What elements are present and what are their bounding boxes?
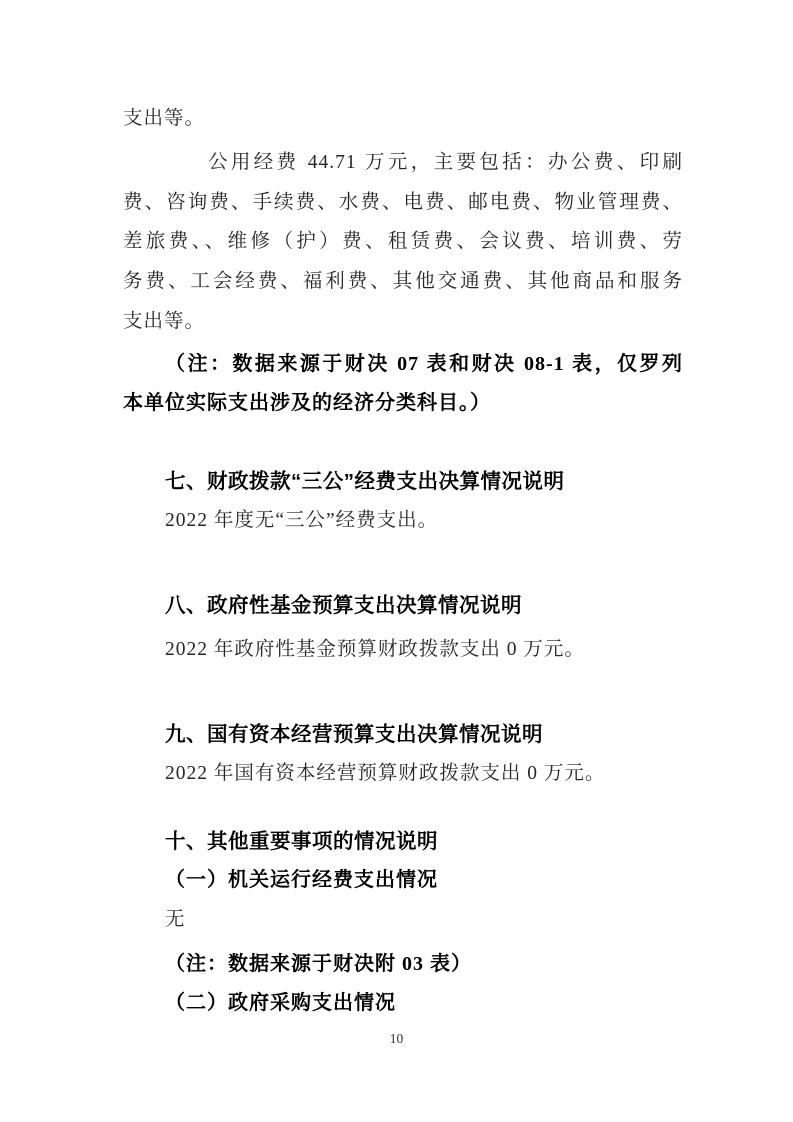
paragraph-line: 务费、工会经费、福利费、其他交通费、其他商品和服务 bbox=[123, 262, 683, 301]
paragraph-line: 公用经费 44.71 万元，主要包括：办公费、印刷 bbox=[123, 143, 683, 182]
sub-heading-one: （一）机关运行经费支出情况 bbox=[123, 861, 683, 900]
body-line: 2022 年度无“三公”经费支出。 bbox=[123, 501, 683, 540]
section-heading-eight: 八、政府性基金预算支出决算情况说明 bbox=[123, 586, 683, 625]
section-heading-seven: 七、财政拨款“三公”经费支出决算情况说明 bbox=[123, 462, 683, 501]
body-line: 无 bbox=[123, 900, 683, 939]
note-line: （注：数据来源于财决 07 表和财决 08-1 表，仅罗列 bbox=[123, 345, 683, 384]
paragraph-last-line: 支出等。 bbox=[123, 302, 683, 341]
section-heading-nine: 九、国有资本经营预算支出决算情况说明 bbox=[123, 715, 683, 754]
text-block: 支出等。 公用经费 44.71 万元，主要包括：办公费、印刷 费、咨询费、手续费… bbox=[123, 99, 683, 1023]
note-line: （注：数据来源于财决附 03 表） bbox=[123, 945, 683, 984]
page-number: 10 bbox=[0, 1030, 793, 1048]
document-page: 支出等。 公用经费 44.71 万元，主要包括：办公费、印刷 费、咨询费、手续费… bbox=[0, 0, 793, 1122]
note-line: 本单位实际支出涉及的经济分类科目。） bbox=[123, 384, 683, 423]
paragraph-line: 费、咨询费、手续费、水费、电费、邮电费、物业管理费、 bbox=[123, 183, 683, 222]
paragraph-line: 差旅费、、维修（护）费、租赁费、会议费、培训费、劳 bbox=[123, 222, 683, 261]
body-line: 2022 年政府性基金预算财政拨款支出 0 万元。 bbox=[123, 630, 683, 669]
section-heading-ten: 十、其他重要事项的情况说明 bbox=[123, 822, 683, 861]
sub-heading-two: （二）政府采购支出情况 bbox=[123, 984, 683, 1023]
body-line: 2022 年国有资本经营预算财政拨款支出 0 万元。 bbox=[123, 754, 683, 793]
paragraph-continuation-line: 支出等。 bbox=[123, 99, 683, 138]
